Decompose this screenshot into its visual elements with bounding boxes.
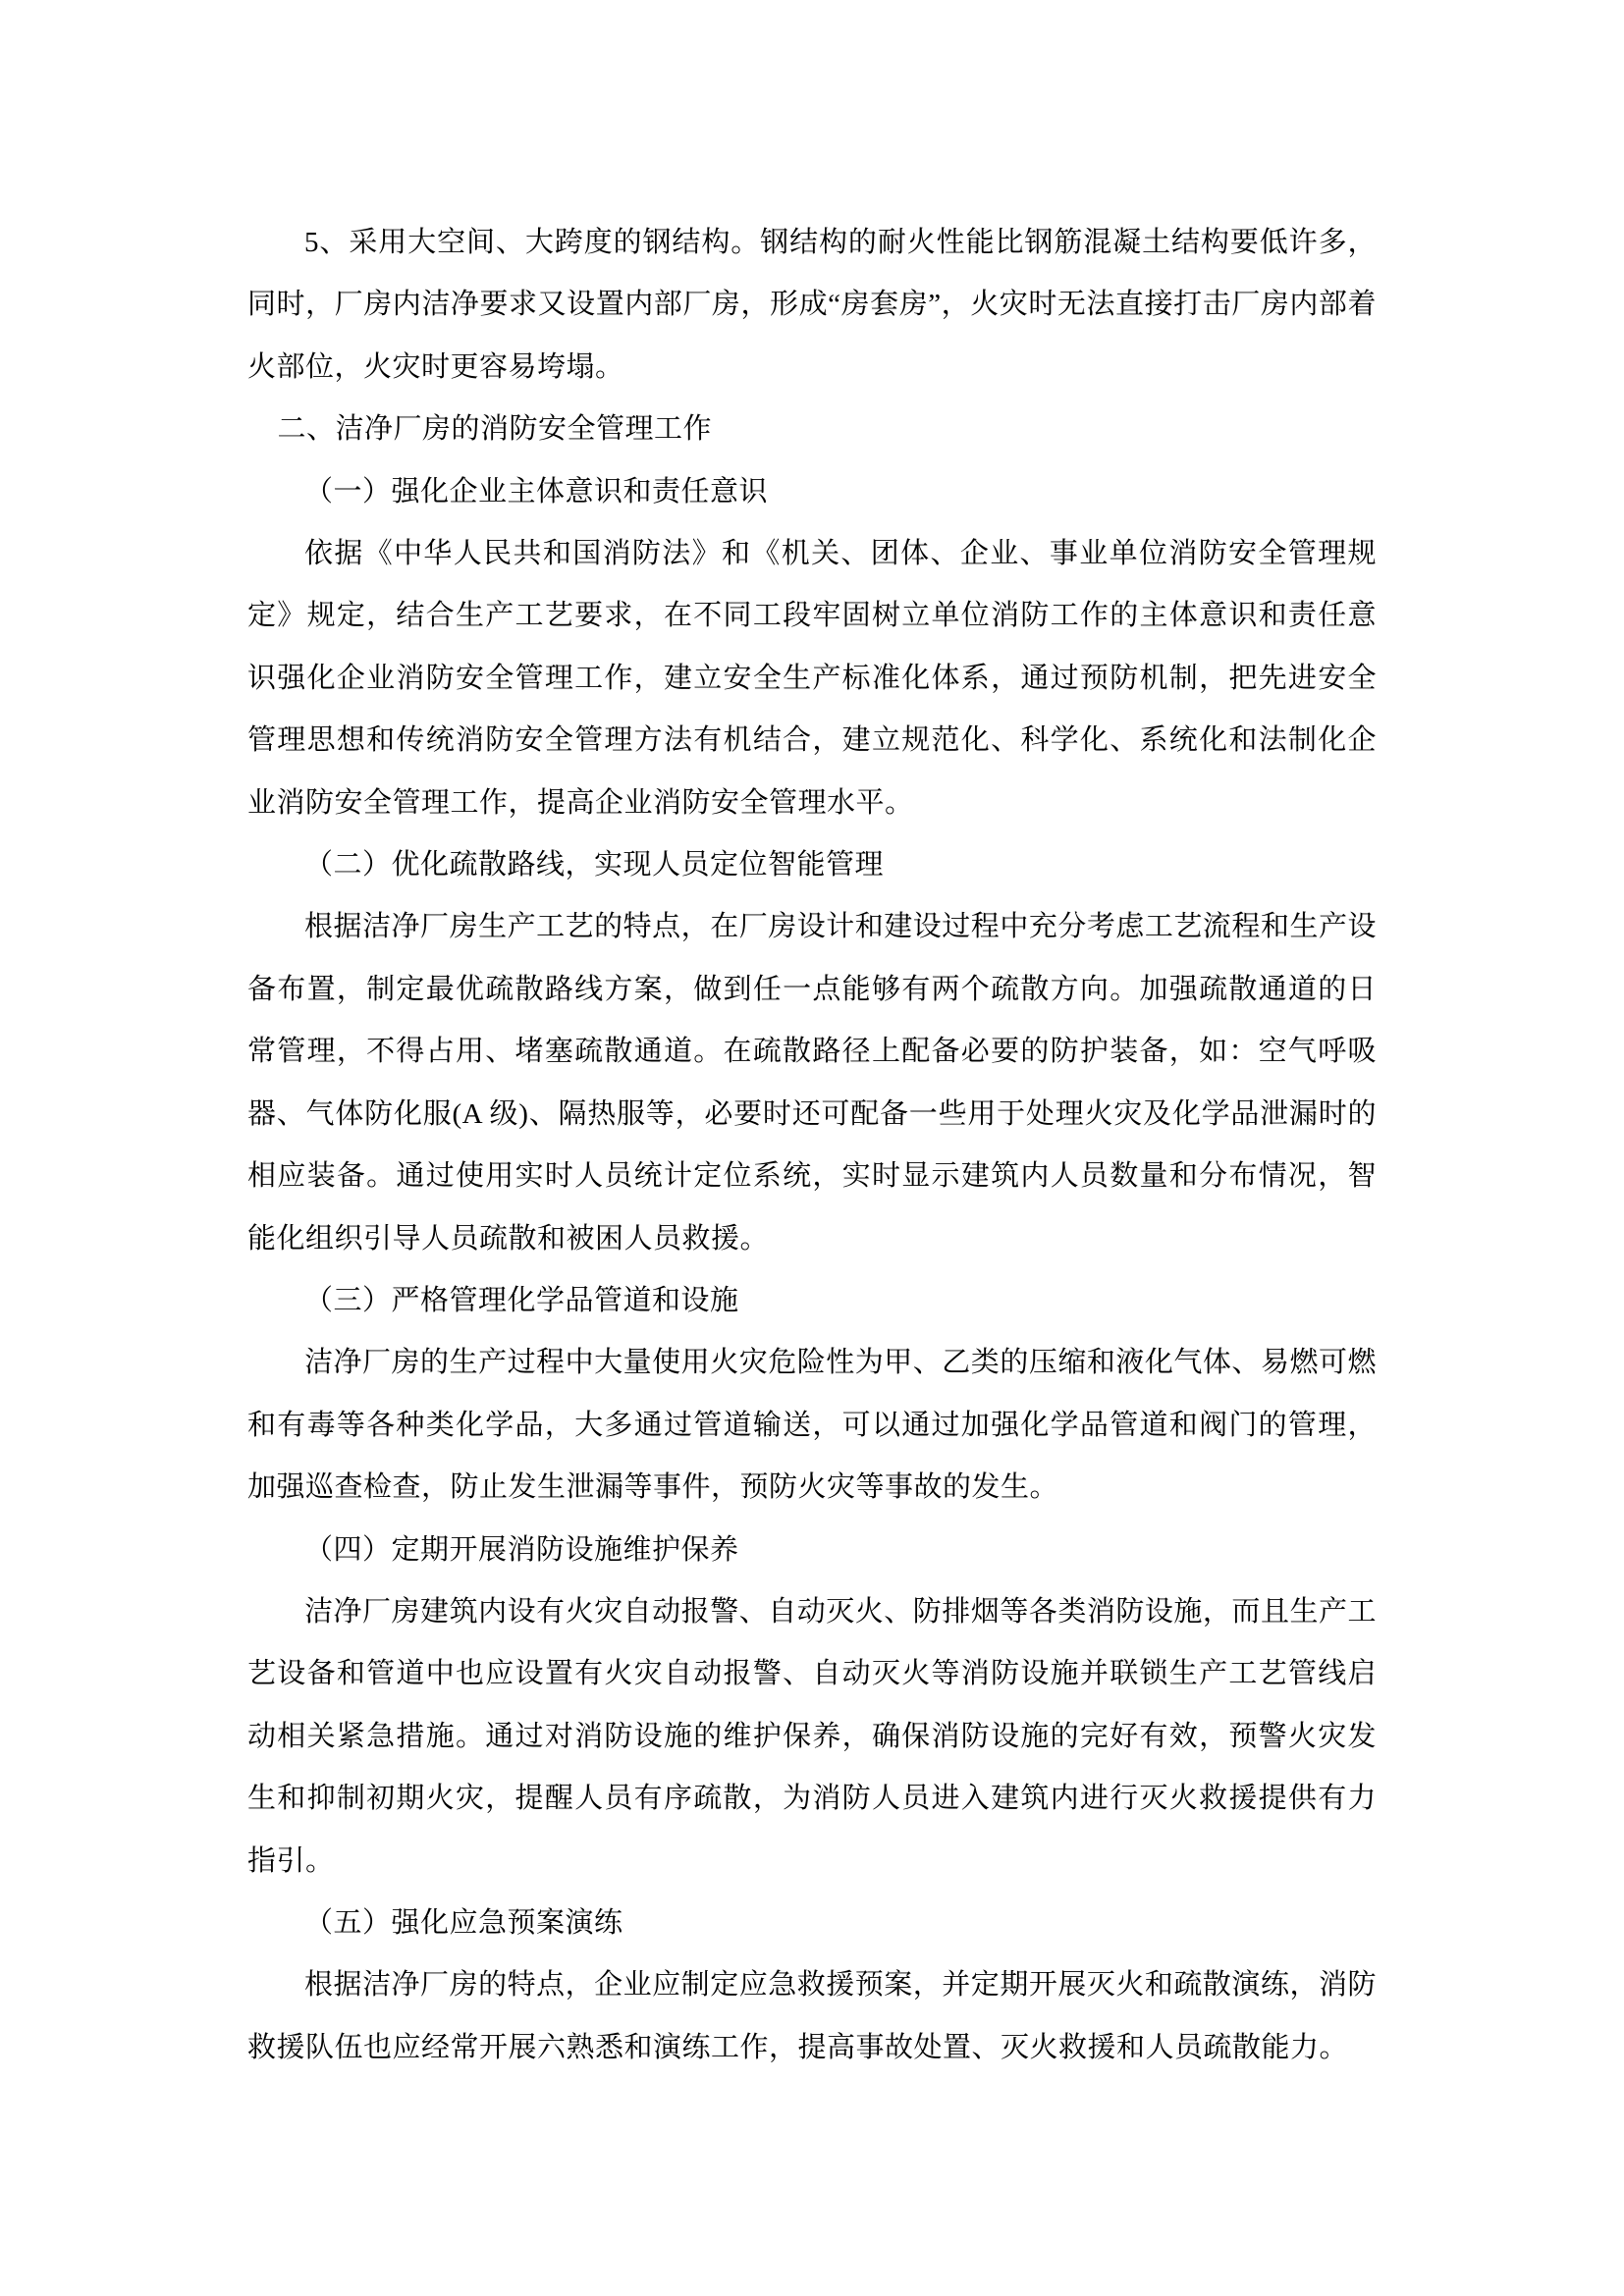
paragraph: 洁净厂房建筑内设有火灾自动报警、自动灭火、防排烟等各类消防设施，而且生产工艺设备… [247, 1581, 1377, 1893]
subsection-heading: （五）强化应急预案演练 [247, 1893, 1377, 1954]
section-heading: 二、洁净厂房的消防安全管理工作 [247, 399, 1377, 460]
paragraph: 依据《中华人民共和国消防法》和《机关、团体、企业、事业单位消防安全管理规定》规定… [247, 523, 1377, 834]
subsection-heading: （一）强化企业主体意识和责任意识 [247, 461, 1377, 523]
subsection-heading: （三）严格管理化学品管道和设施 [247, 1270, 1377, 1332]
document-page: 5、采用大空间、大跨度的钢结构。钢结构的耐火性能比钢筋混凝土结构要低许多，同时，… [0, 0, 1624, 2296]
paragraph: 根据洁净厂房生产工艺的特点，在厂房设计和建设过程中充分考虑工艺流程和生产设备布置… [247, 896, 1377, 1269]
document-body: 5、采用大空间、大跨度的钢结构。钢结构的耐火性能比钢筋混凝土结构要低许多，同时，… [247, 212, 1377, 2079]
paragraph: 洁净厂房的生产过程中大量使用火灾危险性为甲、乙类的压缩和液化气体、易燃可燃和有毒… [247, 1332, 1377, 1519]
paragraph: 5、采用大空间、大跨度的钢结构。钢结构的耐火性能比钢筋混凝土结构要低许多，同时，… [247, 212, 1377, 399]
subsection-heading: （四）定期开展消防设施维护保养 [247, 1520, 1377, 1581]
subsection-heading: （二）优化疏散路线，实现人员定位智能管理 [247, 834, 1377, 896]
paragraph: 根据洁净厂房的特点，企业应制定应急救援预案，并定期开展灭火和疏散演练，消防救援队… [247, 1954, 1377, 2079]
